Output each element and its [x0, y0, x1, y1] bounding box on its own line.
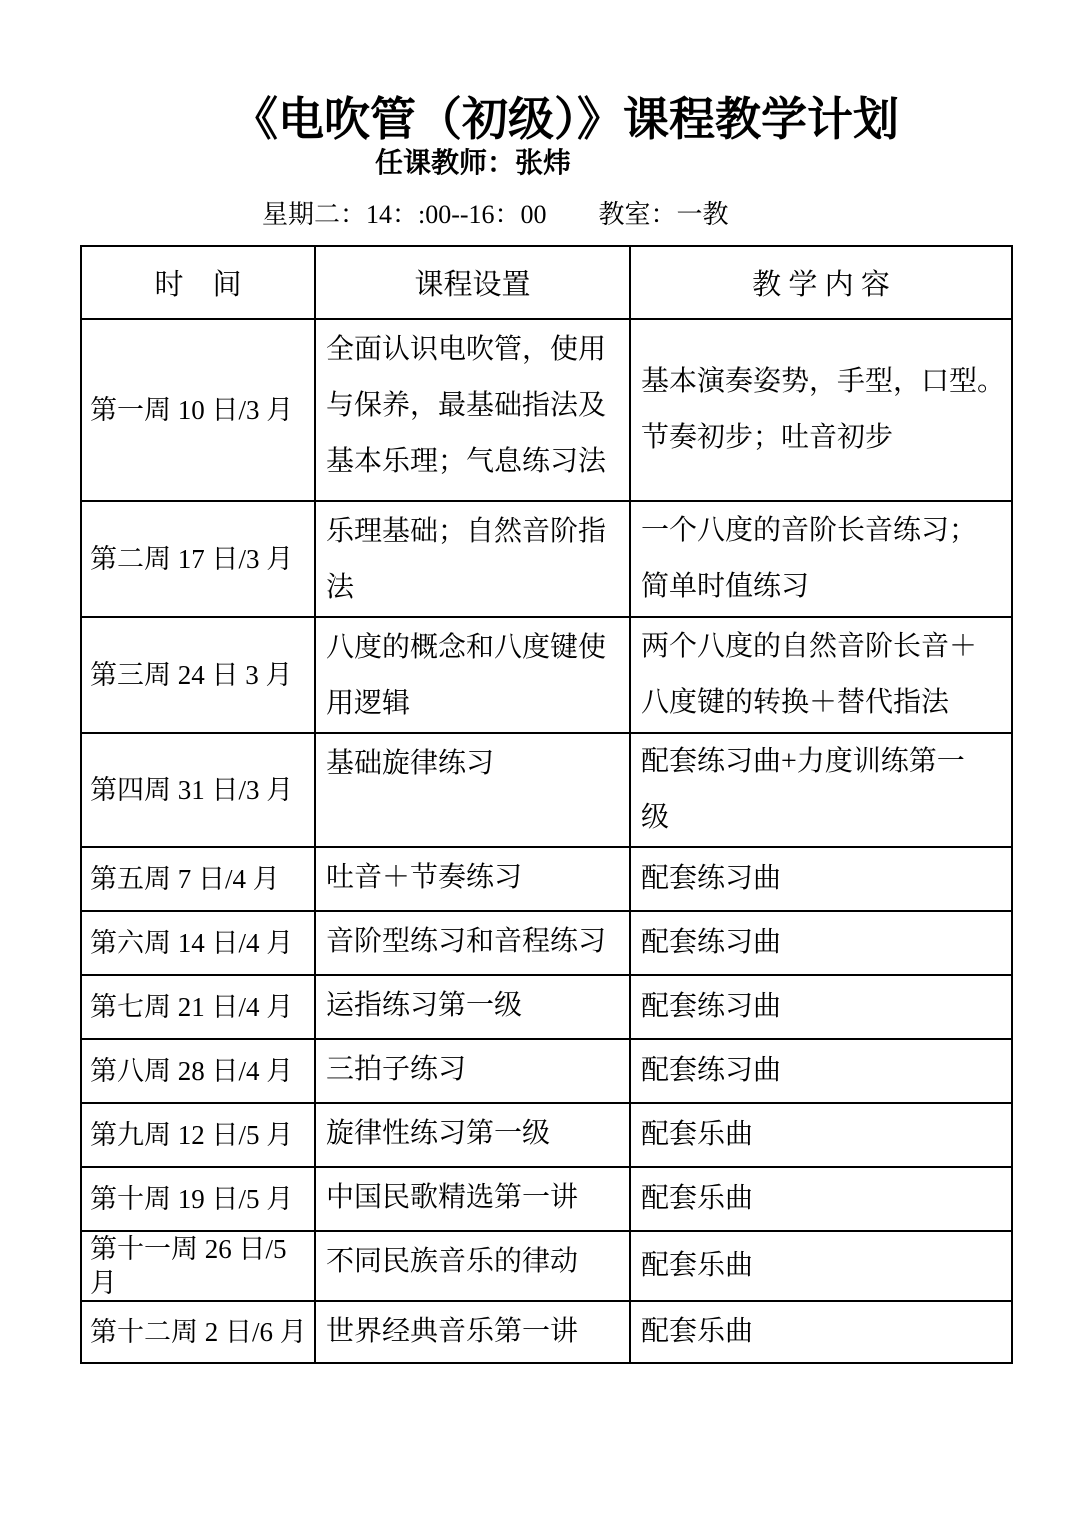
- document-page: 《电吹管（初级）》课程教学计划 任课教师：张炜 星期二：14：:00--16：0…: [0, 0, 1080, 1527]
- content-cell: 配套乐曲: [630, 1167, 1012, 1231]
- course-cell: 世界经典音乐第一讲: [315, 1301, 630, 1363]
- header-cell-course: 课程设置: [315, 246, 630, 319]
- content-cell: 两个八度的自然音阶长音＋ 八度键的转换＋替代指法: [630, 617, 1012, 733]
- time-cell: 第七周 21 日/4 月: [81, 975, 315, 1039]
- course-cell: 全面认识电吹管，使用 与保养，最基础指法及 基本乐理；气息练习法: [315, 319, 630, 501]
- teaching-plan-table: 时 间 课程设置 教 学 内 容 第一周 10 日/3 月 全面认识电吹管，使用…: [80, 245, 1013, 1364]
- table-row: 第五周 7 日/4 月 吐音＋节奏练习 配套练习曲: [81, 847, 1012, 911]
- table-row: 第七周 21 日/4 月 运指练习第一级 配套练习曲: [81, 975, 1012, 1039]
- content-cell: 配套练习曲: [630, 975, 1012, 1039]
- content-cell: 配套练习曲: [630, 911, 1012, 975]
- table-row: 第九周 12 日/5 月 旋律性练习第一级 配套乐曲: [81, 1103, 1012, 1167]
- schedule-line: 星期二：14：:00--16：00 教室：一教: [262, 199, 729, 230]
- content-cell: 配套乐曲: [630, 1103, 1012, 1167]
- header-cell-time: 时 间: [81, 246, 315, 319]
- course-cell: 基础旋律练习: [315, 733, 630, 847]
- table-row: 第三周 24 日 3 月 八度的概念和八度键使 用逻辑 两个八度的自然音阶长音＋…: [81, 617, 1012, 733]
- course-cell: 三拍子练习: [315, 1039, 630, 1103]
- time-cell: 第十二周 2 日/6 月: [81, 1301, 315, 1363]
- content-cell: 配套练习曲+力度训练第一 级: [630, 733, 1012, 847]
- course-cell: 八度的概念和八度键使 用逻辑: [315, 617, 630, 733]
- content-cell: 基本演奏姿势，手型，口型。 节奏初步；吐音初步: [630, 319, 1012, 501]
- course-cell: 中国民歌精选第一讲: [315, 1167, 630, 1231]
- table-row: 第一周 10 日/3 月 全面认识电吹管，使用 与保养，最基础指法及 基本乐理；…: [81, 319, 1012, 501]
- teacher-line: 任课教师：张炜: [375, 147, 571, 181]
- content-cell: 一个八度的音阶长音练习； 简单时值练习: [630, 501, 1012, 617]
- content-cell: 配套乐曲: [630, 1231, 1012, 1301]
- table-row: 第十二周 2 日/6 月 世界经典音乐第一讲 配套乐曲: [81, 1301, 1012, 1363]
- time-cell: 第二周 17 日/3 月: [81, 501, 315, 617]
- content-cell: 配套乐曲: [630, 1301, 1012, 1363]
- time-cell: 第十周 19 日/5 月: [81, 1167, 315, 1231]
- table-row: 第二周 17 日/3 月 乐理基础；自然音阶指 法 一个八度的音阶长音练习； 简…: [81, 501, 1012, 617]
- table-header-row: 时 间 课程设置 教 学 内 容: [81, 246, 1012, 319]
- course-cell: 旋律性练习第一级: [315, 1103, 630, 1167]
- document-title: 《电吹管（初级）》课程教学计划: [232, 94, 899, 147]
- course-cell: 不同民族音乐的律动: [315, 1231, 630, 1301]
- time-cell: 第三周 24 日 3 月: [81, 617, 315, 733]
- time-cell: 第九周 12 日/5 月: [81, 1103, 315, 1167]
- course-cell: 吐音＋节奏练习: [315, 847, 630, 911]
- table-row: 第八周 28 日/4 月 三拍子练习 配套练习曲: [81, 1039, 1012, 1103]
- time-cell: 第八周 28 日/4 月: [81, 1039, 315, 1103]
- time-cell: 第六周 14 日/4 月: [81, 911, 315, 975]
- table-row: 第十周 19 日/5 月 中国民歌精选第一讲 配套乐曲: [81, 1167, 1012, 1231]
- table-row: 第六周 14 日/4 月 音阶型练习和音程练习 配套练习曲: [81, 911, 1012, 975]
- time-cell: 第四周 31 日/3 月: [81, 733, 315, 847]
- content-cell: 配套练习曲: [630, 847, 1012, 911]
- course-cell: 运指练习第一级: [315, 975, 630, 1039]
- time-cell: 第十一周 26 日/5 月: [81, 1231, 315, 1301]
- content-cell: 配套练习曲: [630, 1039, 1012, 1103]
- table-row: 第四周 31 日/3 月 基础旋律练习 配套练习曲+力度训练第一 级: [81, 733, 1012, 847]
- time-cell: 第五周 7 日/4 月: [81, 847, 315, 911]
- table-row: 第十一周 26 日/5 月 不同民族音乐的律动 配套乐曲: [81, 1231, 1012, 1301]
- course-cell: 音阶型练习和音程练习: [315, 911, 630, 975]
- course-cell: 乐理基础；自然音阶指 法: [315, 501, 630, 617]
- header-cell-content: 教 学 内 容: [630, 246, 1012, 319]
- time-cell: 第一周 10 日/3 月: [81, 319, 315, 501]
